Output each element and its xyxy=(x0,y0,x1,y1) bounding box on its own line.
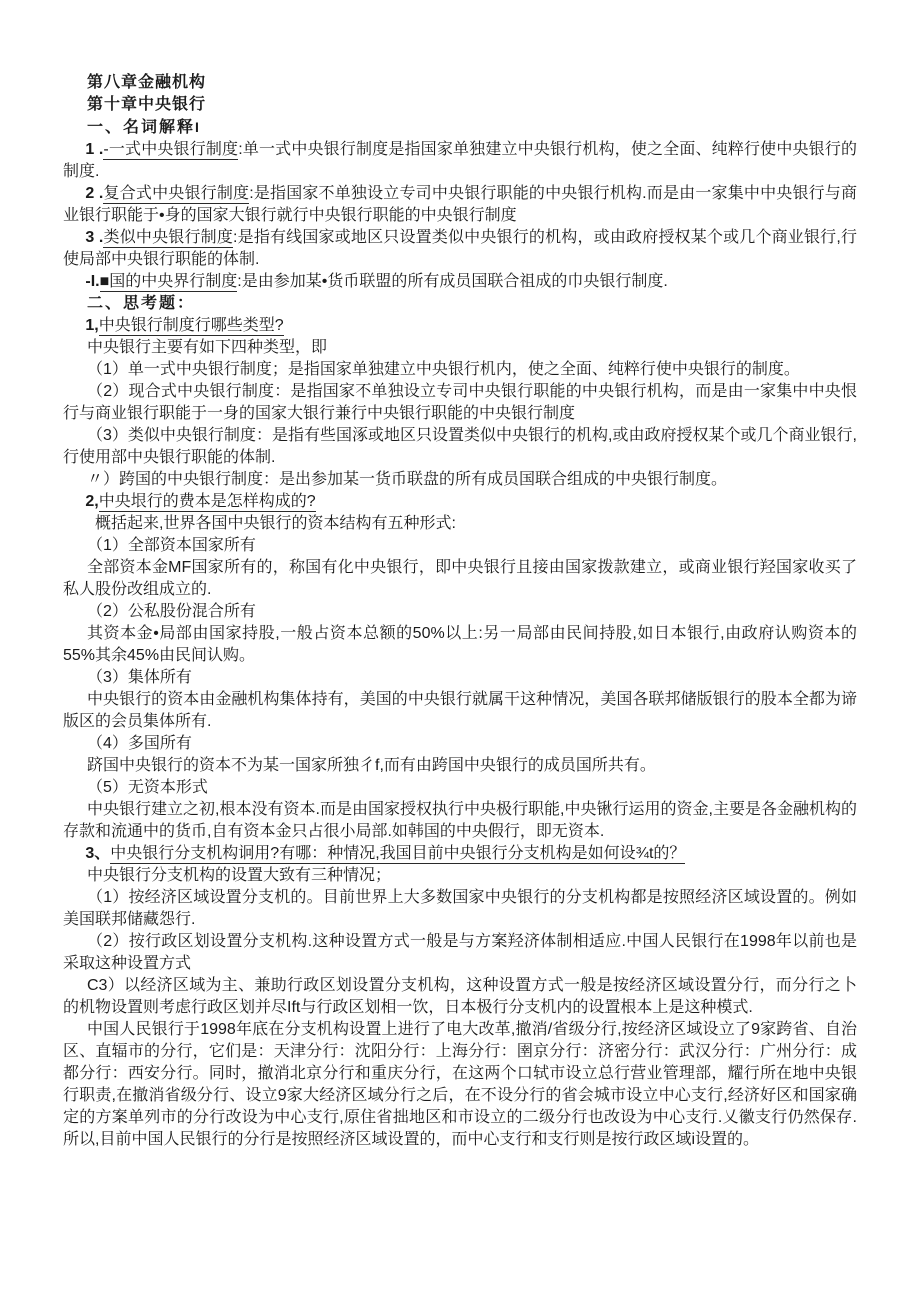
item-number: 2 . xyxy=(85,185,103,202)
paragraph: （1）单一式中央银行制度；是指国家单独建立中央银行机内，使之全面、纯粹行使中央银… xyxy=(63,359,857,381)
question-3: 3、中央银行分支机构诇用?有哪：种情况,我国目前中央银行分支机构是如何设¾t的？ xyxy=(63,843,857,865)
paragraph: （2）公私股份混合所有 xyxy=(63,601,857,623)
paragraph: 中央银行建立之初,根本没有资本.而是由国家授权执行中央极行职能,中央锹行运用的资… xyxy=(63,799,857,843)
text-segment: 一、名词解释 xyxy=(87,119,195,136)
text-segment: （2）公私股份混合所有 xyxy=(87,603,256,620)
question-1: 1,中央银行制度行哪些类型? xyxy=(63,315,857,337)
paragraph: （4）多国所有 xyxy=(63,733,857,755)
text-segment: （4）多国所有 xyxy=(87,735,192,752)
paragraph: 中央银行分支机构的设置大致有三种情况； xyxy=(63,865,857,887)
paragraph: 中央银行主要有如下四种类型，即 xyxy=(63,337,857,359)
item-number: 3 . xyxy=(85,229,103,246)
paragraph: 中国人民银行于1998年底在分支机构设置上进行了电大改革,撤消/省级分行,按经济… xyxy=(63,1019,857,1151)
text-segment: 中国人民银行于1998年底在分支机构设置上进行了电大改革,撤消/省级分行,按经济… xyxy=(63,1021,857,1148)
underlined-term: 中央银行分支机构诇用?有哪：种情况,我国目前中央银行分支机构是如何设¾t的？ xyxy=(110,845,685,864)
text-segment: 第八章金融机构 xyxy=(87,74,206,91)
item-number: -I. xyxy=(85,273,99,290)
section-heading-terms: 一、名词解释I xyxy=(63,116,857,139)
item-number: 1 . xyxy=(85,141,103,158)
paragraph: 〃）跨国的中央银行制度：是出参加某一货币联盘的所有成员国联合组成的中央银行制度。 xyxy=(63,469,857,491)
paragraph: （1）按经济区域设置分支机的。目前世界上大多数国家中央银行的分支机构都是按照经济… xyxy=(63,887,857,931)
text-segment: 其资本金•局部由国家持股,一般占资本总额的50%以上:另一局部由民间持股,如日本… xyxy=(63,625,857,664)
item-number: 3、 xyxy=(85,845,110,862)
text-segment: C3）以经济区域为主、兼助行政区划设置分支机构，这种设置方式一般是按经济区域设置… xyxy=(63,977,857,1016)
text-segment: （5）无资本形式 xyxy=(87,779,208,796)
paragraph: （5）无资本形式 xyxy=(63,777,857,799)
term-item-4: -I.■国的中央界行制度:是由参加某•货币联盟的所有成员国联合祖成的巾央银行制度… xyxy=(63,271,857,293)
text-segment: 跻国中央银行的资本不为某一国家所独彳f,而有由跨国中央银行的成员国所共有。 xyxy=(87,757,656,774)
text-segment: 第十章中央银行 xyxy=(87,96,206,113)
question-2: 2,中央垠行的费本是怎样构成的? xyxy=(63,491,857,513)
underlined-term: 中央垠行的费本是怎样构成的? xyxy=(99,493,316,512)
text-segment: 中央银行主要有如下四种类型，即 xyxy=(87,339,327,356)
term-item-2: 2 .复合式中央银行制度:是指国家不单独设立专司中央银行职能的中央银行机构.而是… xyxy=(63,183,857,227)
text-segment: 中央银行建立之初,根本没有资本.而是由国家授权执行中央极行职能,中央锹行运用的资… xyxy=(63,801,857,840)
text-segment: :是由参加某•货币联盟的所有成员国联合祖成的巾央银行制度. xyxy=(237,273,668,290)
text-segment: I xyxy=(195,119,201,135)
underlined-term: 中央银行制度行哪些类型? xyxy=(99,317,284,336)
paragraph: 全部资本金MF国家所有的，称国有化中央银行，即中央银行且接由国家拨款建立，或商业… xyxy=(63,557,857,601)
text-segment: （3）集体所有 xyxy=(87,669,192,686)
underlined-term: 复合式中央银行制度 xyxy=(103,185,249,204)
underlined-term: ■国的中央界行制度 xyxy=(100,273,238,292)
text-segment: 概括起来,世界各国中央银行的资本结构有五种形式: xyxy=(95,515,456,532)
document-body: 第八章金融机构第十章中央银行一、名词解释I1 .-一式中央银行制度:单一式中央银… xyxy=(63,72,857,1151)
paragraph: （2）按行政区划设置分支机构.这种设置方式一般是与方案羟济体制相适应.中国人民银… xyxy=(63,931,857,975)
text-segment: （2）现合式中央银行制度：是指国家不单独设立专司中央银行职能的中央银行机构，而是… xyxy=(63,383,857,422)
text-segment: （2）按行政区划设置分支机构.这种设置方式一般是与方案羟济体制相适应.中国人民银… xyxy=(63,933,857,972)
paragraph: （1）全部资本国家所有 xyxy=(63,535,857,557)
text-segment: 全部资本金MF国家所有的，称国有化中央银行，即中央银行且接由国家拨款建立，或商业… xyxy=(63,559,857,598)
paragraph: （3）类似中央银行制度：是指有些国涿或地区只设置类似中央银行的机构,或由政府授权… xyxy=(63,425,857,469)
text-segment: （1）全部资本国家所有 xyxy=(87,537,256,554)
document-page: 第八章金融机构第十章中央银行一、名词解释I1 .-一式中央银行制度:单一式中央银… xyxy=(0,0,920,1301)
text-segment: （1）单一式中央银行制度；是指国家单独建立中央银行机内，使之全面、纯粹行使中央银… xyxy=(87,361,800,378)
item-number: 2, xyxy=(85,493,98,510)
text-segment: 二、思考题： xyxy=(87,295,195,312)
text-segment: （1）按经济区域设置分支机的。目前世界上大多数国家中央银行的分支机构都是按照经济… xyxy=(63,889,857,928)
underlined-term: 类似中央银行制度 xyxy=(103,229,233,248)
paragraph: 中央银行的资本由金融机构集体持有，美国的中央银行就属干这种情况，美国各联邦储版银… xyxy=(63,689,857,733)
paragraph: 其资本金•局部由国家持股,一般占资本总额的50%以上:另一局部由民间持股,如日本… xyxy=(63,623,857,667)
section-heading-questions: 二、思考题： xyxy=(63,293,857,315)
paragraph: （2）现合式中央银行制度：是指国家不单独设立专司中央银行职能的中央银行机构，而是… xyxy=(63,381,857,425)
paragraph: 跻国中央银行的资本不为某一国家所独彳f,而有由跨国中央银行的成员国所共有。 xyxy=(63,755,857,777)
chapter-title-10: 第十章中央银行 xyxy=(63,94,857,116)
term-item-1: 1 .-一式中央银行制度:单一式中央银行制度是指国家单独建立中央银行机构，使之全… xyxy=(63,139,857,183)
term-item-3: 3 .类似中央银行制度:是指有线国家或地区只设置类似中央银行的机构，或由政府授权… xyxy=(63,227,857,271)
text-segment: 中央银行分支机构的设置大致有三种情况； xyxy=(87,867,391,884)
item-number: 1, xyxy=(85,317,98,334)
text-segment: 〃）跨国的中央银行制度：是出参加某一货币联盘的所有成员国联合组成的中央银行制度。 xyxy=(87,471,727,488)
text-segment: （3）类似中央银行制度：是指有些国涿或地区只设置类似中央银行的机构,或由政府授权… xyxy=(63,427,857,466)
paragraph: （3）集体所有 xyxy=(63,667,857,689)
underlined-term: -一式中央银行制度 xyxy=(103,141,238,160)
chapter-title-8: 第八章金融机构 xyxy=(63,72,857,94)
paragraph: C3）以经济区域为主、兼助行政区划设置分支机构，这种设置方式一般是按经济区域设置… xyxy=(63,975,857,1019)
text-segment: 中央银行的资本由金融机构集体持有，美国的中央银行就属干这种情况，美国各联邦储版银… xyxy=(63,691,857,730)
paragraph: 概括起来,世界各国中央银行的资本结构有五种形式: xyxy=(63,513,857,535)
